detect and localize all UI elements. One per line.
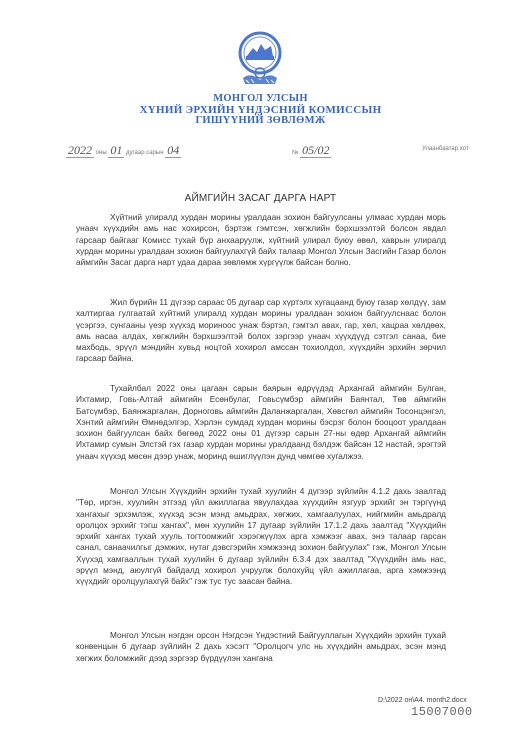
paragraph-1: Хүйтний улиралд хурдан морины уралдаан з… — [76, 212, 446, 268]
paragraph-2: Жил бүрийн 11 дүгээр сараас 05 дугаар са… — [76, 297, 446, 365]
number-label: № — [292, 150, 298, 156]
paragraph-text: Монгол Улсын нэгдэн орсон Нэгдсэн Үндэст… — [76, 630, 446, 664]
document-type: ГИШҮҮНИЙ ЗӨВЛӨМЖ — [0, 115, 521, 126]
paragraph-4: Монгол Улсын Хүүхдийн эрхийн тухай хуули… — [76, 486, 446, 588]
month-label: дугаар сарын — [126, 150, 164, 156]
date-day: 04 — [165, 143, 181, 158]
paragraph-3: Тухайлбал 2022 оны цагаан сарын баярын ө… — [76, 383, 446, 462]
date-month: 01 — [108, 143, 124, 158]
paragraph-text: Хүйтний улиралд хурдан морины уралдаан з… — [76, 212, 446, 268]
number-value: 05/02 — [300, 143, 331, 158]
addressee-title: АЙМГИЙН ЗАСАГ ДАРГА НАРТ — [0, 193, 521, 204]
org-name-line1: МОНГОЛ УЛСЫН — [0, 93, 521, 104]
file-path: D:\2022 он\A4. month2.docx — [378, 697, 467, 704]
paragraph-text: Тухайлбал 2022 оны цагаан сарын баярын ө… — [76, 383, 446, 462]
year-label: оны — [96, 150, 107, 156]
state-emblem-icon — [231, 28, 289, 88]
paragraph-text: Монгол Улсын Хүүхдийн эрхийн тухай хуули… — [76, 486, 446, 588]
document-code: 15007000 — [411, 705, 473, 719]
document-city: Улаанбаатар хот — [422, 146, 469, 152]
paragraph-text: Жил бүрийн 11 дүгээр сараас 05 дугаар са… — [76, 297, 446, 365]
document-date: 2022 оны 01 дугаар сарын 04 — [66, 143, 181, 158]
paragraph-5: Монгол Улсын нэгдэн орсон Нэгдсэн Үндэст… — [76, 630, 446, 664]
date-year: 2022 — [66, 143, 94, 158]
document-number: № 05/02 — [292, 143, 331, 158]
